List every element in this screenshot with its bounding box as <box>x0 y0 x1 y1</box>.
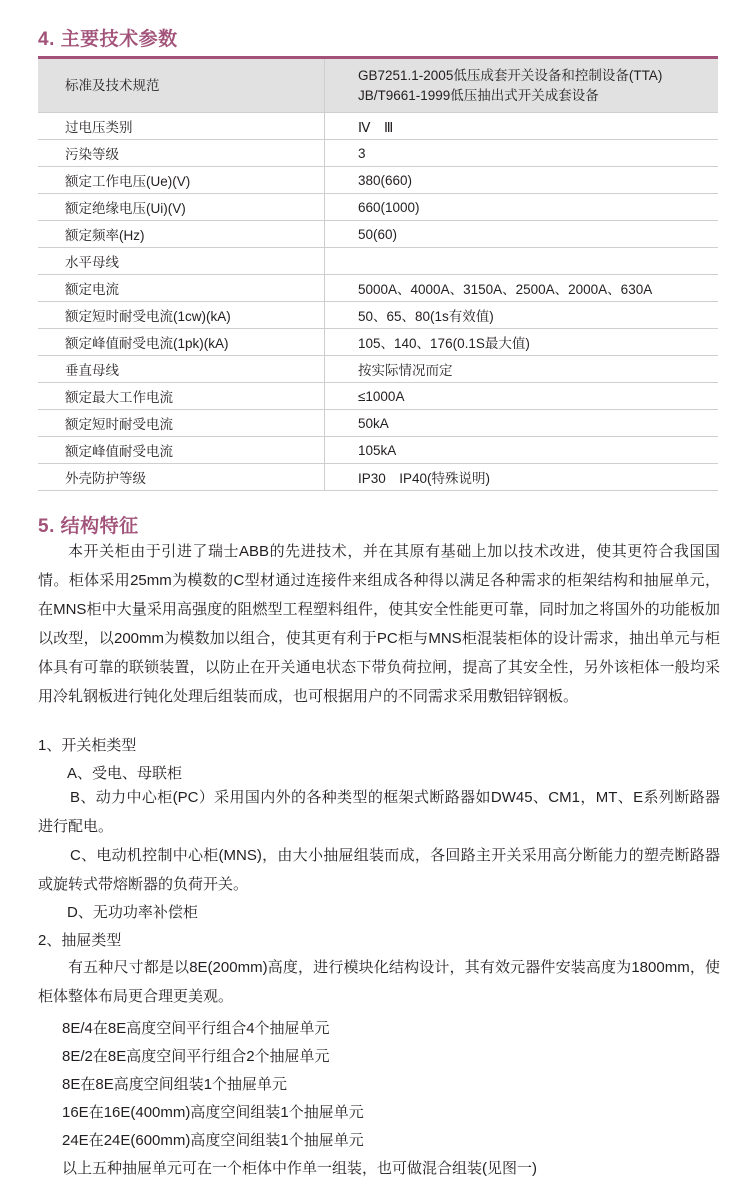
table-row: 垂直母线按实际情况而定 <box>38 356 718 383</box>
table-key: 额定峰值耐受电流 <box>38 437 325 464</box>
cabinet-type-item: A、受电、母联柜 <box>67 764 182 784</box>
table-value: 105、140、176(0.1S最大值) <box>325 329 719 356</box>
drawer-types-heading: 2、抽屉类型 <box>38 931 121 951</box>
table-row: 额定峰值耐受电流105kA <box>38 437 718 464</box>
table-key: 标准及技术规范 <box>38 58 325 113</box>
table-row: 额定最大工作电流≤1000A <box>38 383 718 410</box>
table-value: 5000A、4000A、3150A、2500A、2000A、630A <box>325 275 719 302</box>
table-value: 按实际情况而定 <box>325 356 719 383</box>
table-key: 额定短时耐受电流 <box>38 410 325 437</box>
table-value: IP30 IP40(特殊说明) <box>325 464 719 491</box>
table-key: 水平母线 <box>38 248 325 275</box>
cabinet-types-heading: 1、开关柜类型 <box>38 736 136 756</box>
table-row: 额定频率(Hz)50(60) <box>38 221 718 248</box>
table-key: 额定最大工作电流 <box>38 383 325 410</box>
table-key: 过电压类别 <box>38 113 325 140</box>
table-value: 105kA <box>325 437 719 464</box>
table-value: 380(660) <box>325 167 719 194</box>
drawer-type-item: 8E在8E高度空间组装1个抽屉单元 <box>62 1075 287 1095</box>
drawer-types-note: 以上五种抽屉单元可在一个柜体中作单一组装，也可做混合组装(见图一) <box>62 1159 537 1179</box>
table-key: 额定绝缘电压(Ui)(V) <box>38 194 325 221</box>
table-row: 外壳防护等级IP30 IP40(特殊说明) <box>38 464 718 491</box>
table-value <box>325 248 719 275</box>
table-key: 额定电流 <box>38 275 325 302</box>
spec-table: 标准及技术规范 GB7251.1-2005低压成套开关设备和控制设备(TTA) … <box>38 56 718 491</box>
cabinet-type-item: C、电动机控制中心柜(MNS)，由大小抽屉组装而成，各回路主开关采用高分断能力的… <box>38 841 720 899</box>
table-row: 水平母线 <box>38 248 718 275</box>
table-value: 3 <box>325 140 719 167</box>
drawer-type-item: 24E在24E(600mm)高度空间组装1个抽屉单元 <box>62 1131 364 1151</box>
table-key: 污染等级 <box>38 140 325 167</box>
table-value: ≤1000A <box>325 383 719 410</box>
section-title-main-params: 4. 主要技术参数 <box>38 24 178 51</box>
table-row: 过电压类别Ⅳ Ⅲ <box>38 113 718 140</box>
table-key: 垂直母线 <box>38 356 325 383</box>
table-row: 污染等级3 <box>38 140 718 167</box>
table-value: 50、65、80(1s有效值) <box>325 302 719 329</box>
cabinet-type-item: B、动力中心柜(PC）采用国内外的各种类型的框架式断路器如DW45、CM1，MT… <box>38 783 720 841</box>
intro-paragraph: 本开关柜由于引进了瑞士ABB的先进技术，并在其原有基础上加以技术改进，使其更符合… <box>38 537 720 711</box>
drawer-type-item: 16E在16E(400mm)高度空间组装1个抽屉单元 <box>62 1103 364 1123</box>
table-row: 额定短时耐受电流(1cw)(kA)50、65、80(1s有效值) <box>38 302 718 329</box>
table-key: 额定峰值耐受电流(1pk)(kA) <box>38 329 325 356</box>
table-key: 额定工作电压(Ue)(V) <box>38 167 325 194</box>
table-header-row: 标准及技术规范 GB7251.1-2005低压成套开关设备和控制设备(TTA) … <box>38 58 718 113</box>
table-value: 50kA <box>325 410 719 437</box>
drawer-type-item: 8E/2在8E高度空间平行组合2个抽屉单元 <box>62 1047 330 1067</box>
table-row: 额定绝缘电压(Ui)(V)660(1000) <box>38 194 718 221</box>
standard-line: JB/T9661-1999低压抽出式开关成套设备 <box>358 86 718 106</box>
table-row: 额定电流5000A、4000A、3150A、2500A、2000A、630A <box>38 275 718 302</box>
cabinet-type-item: D、无功功率补偿柜 <box>67 903 198 923</box>
drawer-types-intro: 有五种尺寸都是以8E(200mm)高度，进行模块化结构设计，其有效元器件安装高度… <box>38 953 720 1011</box>
table-row: 额定峰值耐受电流(1pk)(kA)105、140、176(0.1S最大值) <box>38 329 718 356</box>
table-row: 额定短时耐受电流50kA <box>38 410 718 437</box>
table-row: 额定工作电压(Ue)(V)380(660) <box>38 167 718 194</box>
table-key: 额定短时耐受电流(1cw)(kA) <box>38 302 325 329</box>
drawer-type-item: 8E/4在8E高度空间平行组合4个抽屉单元 <box>62 1019 330 1039</box>
table-value: 50(60) <box>325 221 719 248</box>
section-title-structure: 5. 结构特征 <box>38 511 139 538</box>
table-value: GB7251.1-2005低压成套开关设备和控制设备(TTA) JB/T9661… <box>325 58 719 113</box>
standard-line: GB7251.1-2005低压成套开关设备和控制设备(TTA) <box>358 66 718 86</box>
table-value: Ⅳ Ⅲ <box>325 113 719 140</box>
table-key: 外壳防护等级 <box>38 464 325 491</box>
table-value: 660(1000) <box>325 194 719 221</box>
table-key: 额定频率(Hz) <box>38 221 325 248</box>
